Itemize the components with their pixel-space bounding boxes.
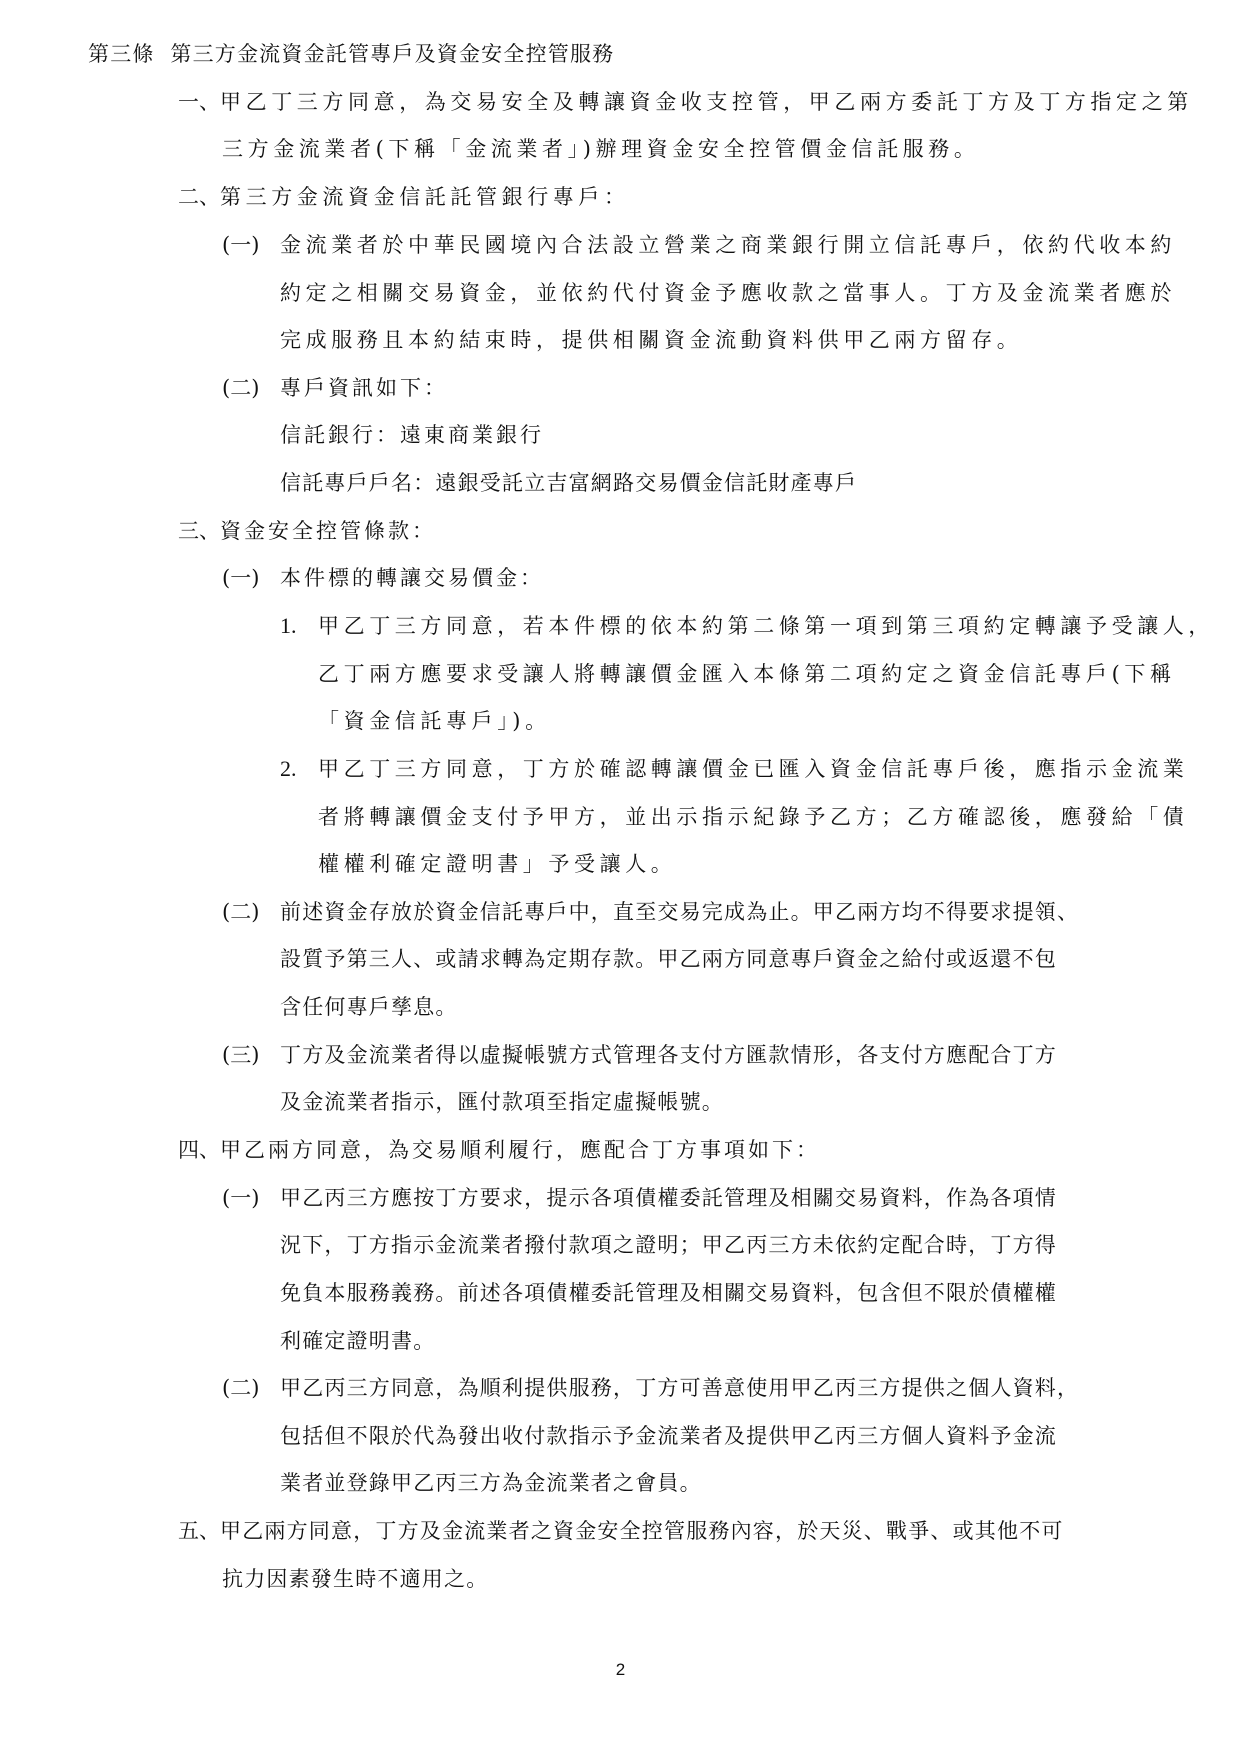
- section-4-item-1-line-1: (一)甲乙丙三方應按丁方要求，提示各項債權委託管理及相關交易資料，作為各項情: [222, 1184, 1057, 1212]
- section-3-marker: 三、: [178, 517, 220, 545]
- section-2-marker: 二、: [178, 183, 220, 211]
- section-3-subitem-2-line-1: 2.甲乙丁三方同意，丁方於確認轉讓價金已匯入資金信託專戶後，應指示金流業: [280, 755, 1188, 783]
- section-5-line-2: 抗力因素發生時不適用之。: [222, 1565, 488, 1593]
- section-2-text: 第三方金流資金信託託管銀行專戶：: [220, 185, 630, 209]
- section-3-item-3-marker: (三): [222, 1041, 280, 1069]
- section-2-item-1-line-2: 約定之相關交易資金，並依約代付資金予應收款之當事人。丁方及金流業者應於: [280, 279, 1176, 307]
- section-3-item-3-line-1: (三)丁方及金流業者得以虛擬帳號方式管理各支付方匯款情形，各支付方應配合丁方: [222, 1041, 1057, 1069]
- section-4-text: 甲乙兩方同意，為交易順利履行，應配合丁方事項如下：: [220, 1138, 820, 1162]
- section-2-item-1-line-1: (一)金流業者於中華民國境內合法設立營業之商業銀行開立信託專戶，依約代收本約: [222, 231, 1176, 259]
- section-3-item-1-text: 本件標的轉讓交易價金：: [280, 566, 544, 590]
- subitem-1-text: 甲乙丁三方同意，若本件標的依本約第二條第一項到第三項約定轉讓予受讓人，: [318, 614, 1214, 638]
- section-4-item-1-marker: (一): [222, 1184, 280, 1212]
- section-2-item-2-marker: (二): [222, 374, 280, 402]
- section-4-item-1-line-3: 免負本服務義務。前述各項債權委託管理及相關交易資料，包含但不限於債權權: [280, 1279, 1057, 1307]
- section-3-item-2-line-1: (二)前述資金存放於資金信託專戶中，直至交易完成為止。甲乙兩方均不得要求提領、: [222, 898, 1079, 926]
- section-4-item-2-line-1: (二)甲乙丙三方同意，為順利提供服務，丁方可善意使用甲乙丙三方提供之個人資料，: [222, 1374, 1079, 1402]
- trust-account-name: 信託專戶戶名：遠銀受託立吉富網路交易價金信託財產專戶: [280, 469, 857, 497]
- section-4-heading: 四、甲乙兩方同意，為交易順利履行，應配合丁方事項如下：: [178, 1136, 820, 1164]
- section-4-item-2-text: 甲乙丙三方同意，為順利提供服務，丁方可善意使用甲乙丙三方提供之個人資料，: [280, 1376, 1079, 1400]
- section-3-item-1-heading: (一)本件標的轉讓交易價金：: [222, 564, 544, 592]
- section-3-subitem-1-line-3: 「資金信託專戶」)。: [318, 707, 551, 735]
- section-2-item-1-text: 金流業者於中華民國境內合法設立營業之商業銀行開立信託專戶，依約代收本約: [280, 233, 1176, 257]
- section-4-marker: 四、: [178, 1136, 220, 1164]
- section-4-item-1-line-4: 利確定證明書。: [280, 1327, 435, 1355]
- section-1-text: 甲乙丁三方同意，為交易安全及轉讓資金收支控管，甲乙兩方委託丁方及丁方指定之第: [220, 90, 1193, 114]
- page-number: 2: [0, 1660, 1241, 1680]
- section-4-item-2-line-2: 包括但不限於代為發出收付款指示予金流業者及提供甲乙丙三方個人資料予金流: [280, 1422, 1057, 1450]
- section-4-item-1-line-2: 況下，丁方指示金流業者撥付款項之證明；甲乙丙三方未依約定配合時，丁方得: [280, 1231, 1057, 1259]
- section-3-item-2-line-3: 含任何專戶孳息。: [280, 993, 458, 1021]
- section-3-item-1-marker: (一): [222, 564, 280, 592]
- section-1-line-2: 三方金流業者(下稱「金流業者」)辦理資金安全控管價金信託服務。: [222, 135, 979, 163]
- section-4-item-2-line-3: 業者並登錄甲乙丙三方為金流業者之會員。: [280, 1469, 702, 1497]
- section-5-line-1: 五、甲乙兩方同意，丁方及金流業者之資金安全控管服務內容，於天災、戰爭、或其他不可: [178, 1517, 1064, 1545]
- section-5-text: 甲乙兩方同意，丁方及金流業者之資金安全控管服務內容，於天災、戰爭、或其他不可: [220, 1519, 1064, 1543]
- subitem-2-text: 甲乙丁三方同意，丁方於確認轉讓價金已匯入資金信託專戶後，應指示金流業: [318, 757, 1188, 781]
- section-2-item-1-line-3: 完成服務且本約結束時，提供相關資金流動資料供甲乙兩方留存。: [280, 326, 1022, 354]
- section-4-item-2-marker: (二): [222, 1374, 280, 1402]
- section-3-heading: 三、資金安全控管條款：: [178, 517, 436, 545]
- section-3-subitem-1-line-2: 乙丁兩方應要求受讓人將轉讓價金匯入本條第二項約定之資金信託專戶(下稱: [318, 660, 1176, 688]
- section-3-subitem-2-line-3: 權權利確定證明書」予受讓人。: [318, 850, 676, 878]
- section-4-item-1-text: 甲乙丙三方應按丁方要求，提示各項債權委託管理及相關交易資料，作為各項情: [280, 1186, 1057, 1210]
- section-3-item-2-text: 前述資金存放於資金信託專戶中，直至交易完成為止。甲乙兩方均不得要求提領、: [280, 900, 1079, 924]
- article-heading: 第三條 第三方金流資金託管專戶及資金安全控管服務: [88, 40, 614, 68]
- document-page: 第三條 第三方金流資金託管專戶及資金安全控管服務 一、甲乙丁三方同意，為交易安全…: [0, 0, 1241, 1755]
- trust-bank: 信託銀行：遠東商業銀行: [280, 421, 544, 449]
- section-1-line-1: 一、甲乙丁三方同意，為交易安全及轉讓資金收支控管，甲乙兩方委託丁方及丁方指定之第: [178, 88, 1193, 116]
- subitem-2-marker: 2.: [280, 755, 318, 783]
- section-3-item-2-line-2: 設質予第三人、或請求轉為定期存款。甲乙兩方同意專戶資金之給付或返還不包: [280, 945, 1057, 973]
- section-3-text: 資金安全控管條款：: [220, 519, 436, 543]
- section-2-item-2-line-1: (二)專戶資訊如下：: [222, 374, 448, 402]
- section-2-item-1-marker: (一): [222, 231, 280, 259]
- section-3-item-3-line-2: 及金流業者指示，匯付款項至指定虛擬帳號。: [280, 1088, 724, 1116]
- article-number: 第三條: [88, 42, 155, 66]
- article-title: 第三方金流資金託管專戶及資金安全控管服務: [170, 42, 614, 66]
- section-2-item-2-text: 專戶資訊如下：: [280, 376, 448, 400]
- section-3-subitem-2-line-2: 者將轉讓價金支付予甲方，並出示指示紀錄予乙方；乙方確認後，應發給「債: [318, 803, 1188, 831]
- section-3-item-2-marker: (二): [222, 898, 280, 926]
- section-5-marker: 五、: [178, 1517, 220, 1545]
- section-3-subitem-1-line-1: 1.甲乙丁三方同意，若本件標的依本約第二條第一項到第三項約定轉讓予受讓人，: [280, 612, 1214, 640]
- section-3-item-3-text: 丁方及金流業者得以虛擬帳號方式管理各支付方匯款情形，各支付方應配合丁方: [280, 1043, 1057, 1067]
- section-1-marker: 一、: [178, 88, 220, 116]
- section-2-heading: 二、第三方金流資金信託託管銀行專戶：: [178, 183, 630, 211]
- subitem-1-marker: 1.: [280, 612, 318, 640]
